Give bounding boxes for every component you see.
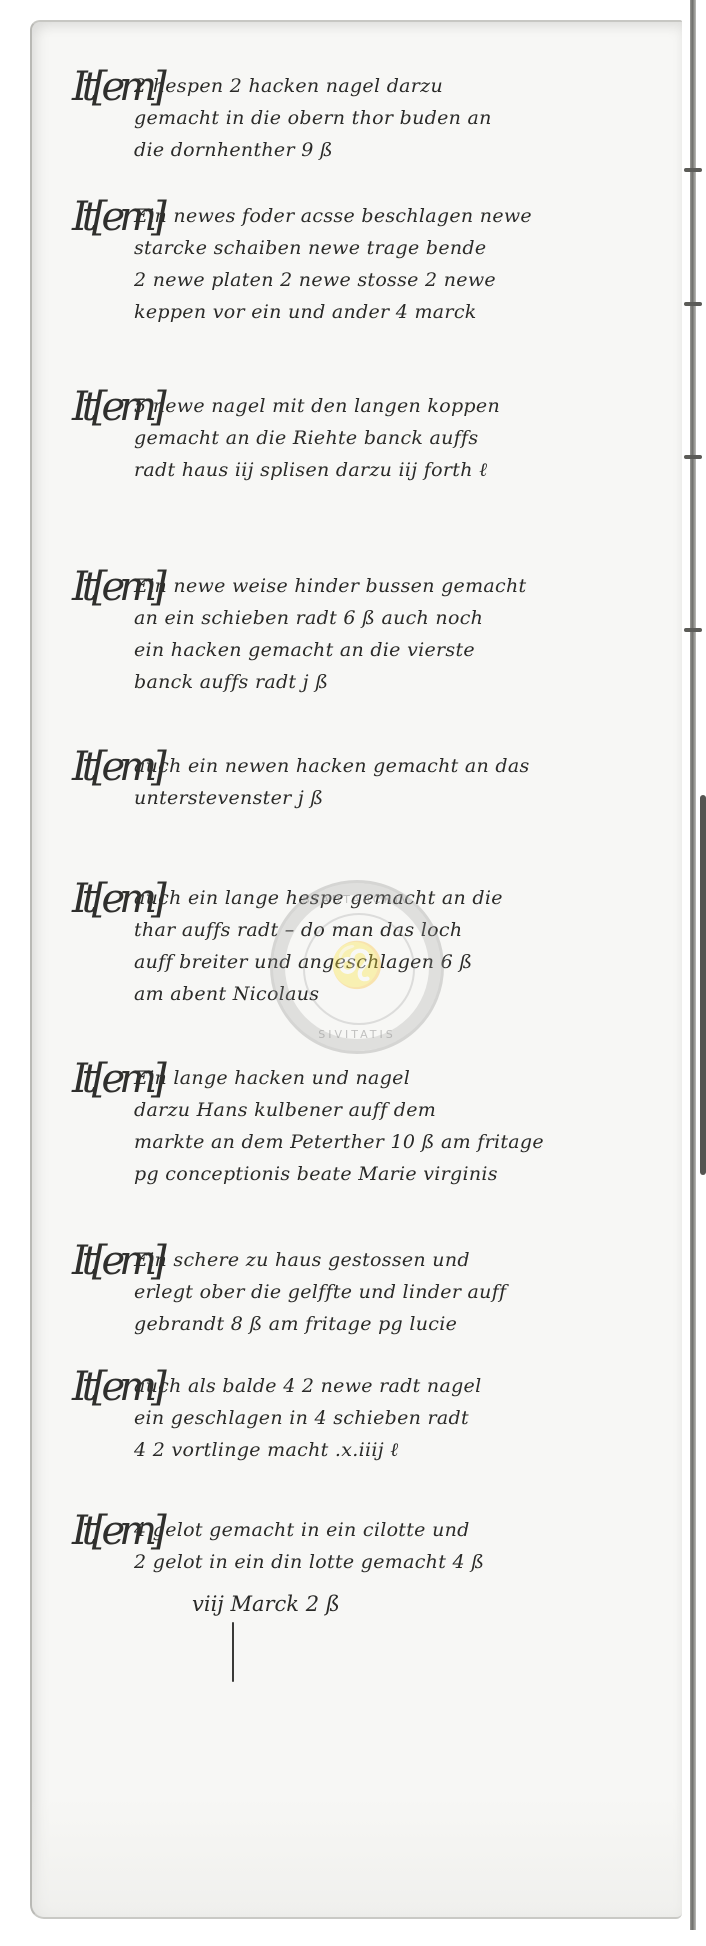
ledger-entries: It[em] 2 hespen 2 hacken nagel darzu gem… <box>32 22 682 1917</box>
item-mark: It[em] <box>72 876 161 922</box>
ledger-entry: It[em] 4 gelot gemacht in ein cilotte un… <box>72 1514 672 1578</box>
ledger-entry: It[em] Ein lange hacken und nagel darzu … <box>72 1062 672 1190</box>
entry-line: gemacht in die obern thor buden an <box>134 102 672 134</box>
entry-line: 2 newe platen 2 newe stosse 2 newe <box>134 264 672 296</box>
ledger-entry: It[em] auch als balde 4 2 newe radt nage… <box>72 1370 672 1466</box>
ledger-entry: It[em] Ein schere zu haus gestossen und … <box>72 1244 672 1340</box>
item-mark: It[em] <box>72 194 161 240</box>
entry-line: gemacht an die Riehte banck auffs <box>134 422 672 454</box>
entry-line: Ein lange hacken und nagel <box>134 1062 672 1094</box>
item-mark: It[em] <box>72 64 161 110</box>
entry-line: ein hacken gemacht an die vierste <box>134 634 672 666</box>
ledger-entry: It[em] auch ein lange hespe gemacht an d… <box>72 882 672 1010</box>
ledger-entry: It[em] 5 newe nagel mit den langen koppe… <box>72 390 672 486</box>
item-mark: It[em] <box>72 384 161 430</box>
entry-line: erlegt ober die gelffte und linder auff <box>134 1276 672 1308</box>
entry-line: 5 newe nagel mit den langen koppen <box>134 390 672 422</box>
entry-line: Ein newe weise hinder bussen gemacht <box>134 570 672 602</box>
item-mark: It[em] <box>72 1056 161 1102</box>
entry-line: starcke schaiben newe trage bende <box>134 232 672 264</box>
ledger-entry: It[em] Ein newe weise hinder bussen gema… <box>72 570 672 698</box>
item-mark: It[em] <box>72 564 161 610</box>
entry-line: banck auffs radt j ß <box>134 666 672 698</box>
entry-line: die dornhenther 9 ß <box>134 134 672 166</box>
entry-line: auch als balde 4 2 newe radt nagel <box>134 1370 672 1402</box>
entry-line: 2 gelot in ein din lotte gemacht 4 ß <box>134 1546 672 1578</box>
item-mark: It[em] <box>72 1508 161 1554</box>
entry-line: pg conceptionis beate Marie virginis <box>134 1158 672 1190</box>
ledger-entry: It[em] Ein newes foder acsse beschlagen … <box>72 200 672 328</box>
entry-line: markte an dem Peterther 10 ß am fritage <box>134 1126 672 1158</box>
entry-line: radt haus iij splisen darzu iij forth ℓ <box>134 454 672 486</box>
entry-line: am abent Nicolaus <box>134 978 672 1010</box>
item-mark: It[em] <box>72 744 161 790</box>
entry-line: ein geschlagen in 4 schieben radt <box>134 1402 672 1434</box>
entry-line: keppen vor ein und ander 4 marck <box>134 296 672 328</box>
book-binding-edge <box>690 0 696 1930</box>
item-mark: It[em] <box>72 1364 161 1410</box>
binding-thread <box>684 455 702 459</box>
entry-line: auch ein newen hacken gemacht an das <box>134 750 672 782</box>
entry-line: auff breiter und angeschlagen 6 ß <box>134 946 672 978</box>
ledger-entry: It[em] auch ein newen hacken gemacht an … <box>72 750 672 814</box>
binding-thread <box>684 168 702 172</box>
ledger-entry: It[em] 2 hespen 2 hacken nagel darzu gem… <box>72 70 672 166</box>
entry-line: gebrandt 8 ß am fritage pg lucie <box>134 1308 672 1340</box>
entry-line: unterstevenster j ß <box>134 782 672 814</box>
entry-line: Ein newes foder acsse beschlagen newe <box>134 200 672 232</box>
item-mark: It[em] <box>72 1238 161 1284</box>
entry-line: auch ein lange hespe gemacht an die <box>134 882 672 914</box>
binding-strap <box>700 795 706 1175</box>
pen-stroke <box>232 1622 234 1682</box>
entry-line: Ein schere zu haus gestossen und <box>134 1244 672 1276</box>
entry-line: an ein schieben radt 6 ß auch noch <box>134 602 672 634</box>
entry-line: darzu Hans kulbener auff dem <box>134 1094 672 1126</box>
entry-line: 4 2 vortlinge macht .x.iiij ℓ <box>134 1434 672 1466</box>
manuscript-page: It[em] 2 hespen 2 hacken nagel darzu gem… <box>30 20 682 1919</box>
entry-line: 4 gelot gemacht in ein cilotte und <box>134 1514 672 1546</box>
entry-line: 2 hespen 2 hacken nagel darzu <box>134 70 672 102</box>
entry-line: thar auffs radt – do man das loch <box>134 914 672 946</box>
binding-thread <box>684 628 702 632</box>
binding-thread <box>684 302 702 306</box>
page-total: viij Marck 2 ß <box>192 1592 340 1616</box>
